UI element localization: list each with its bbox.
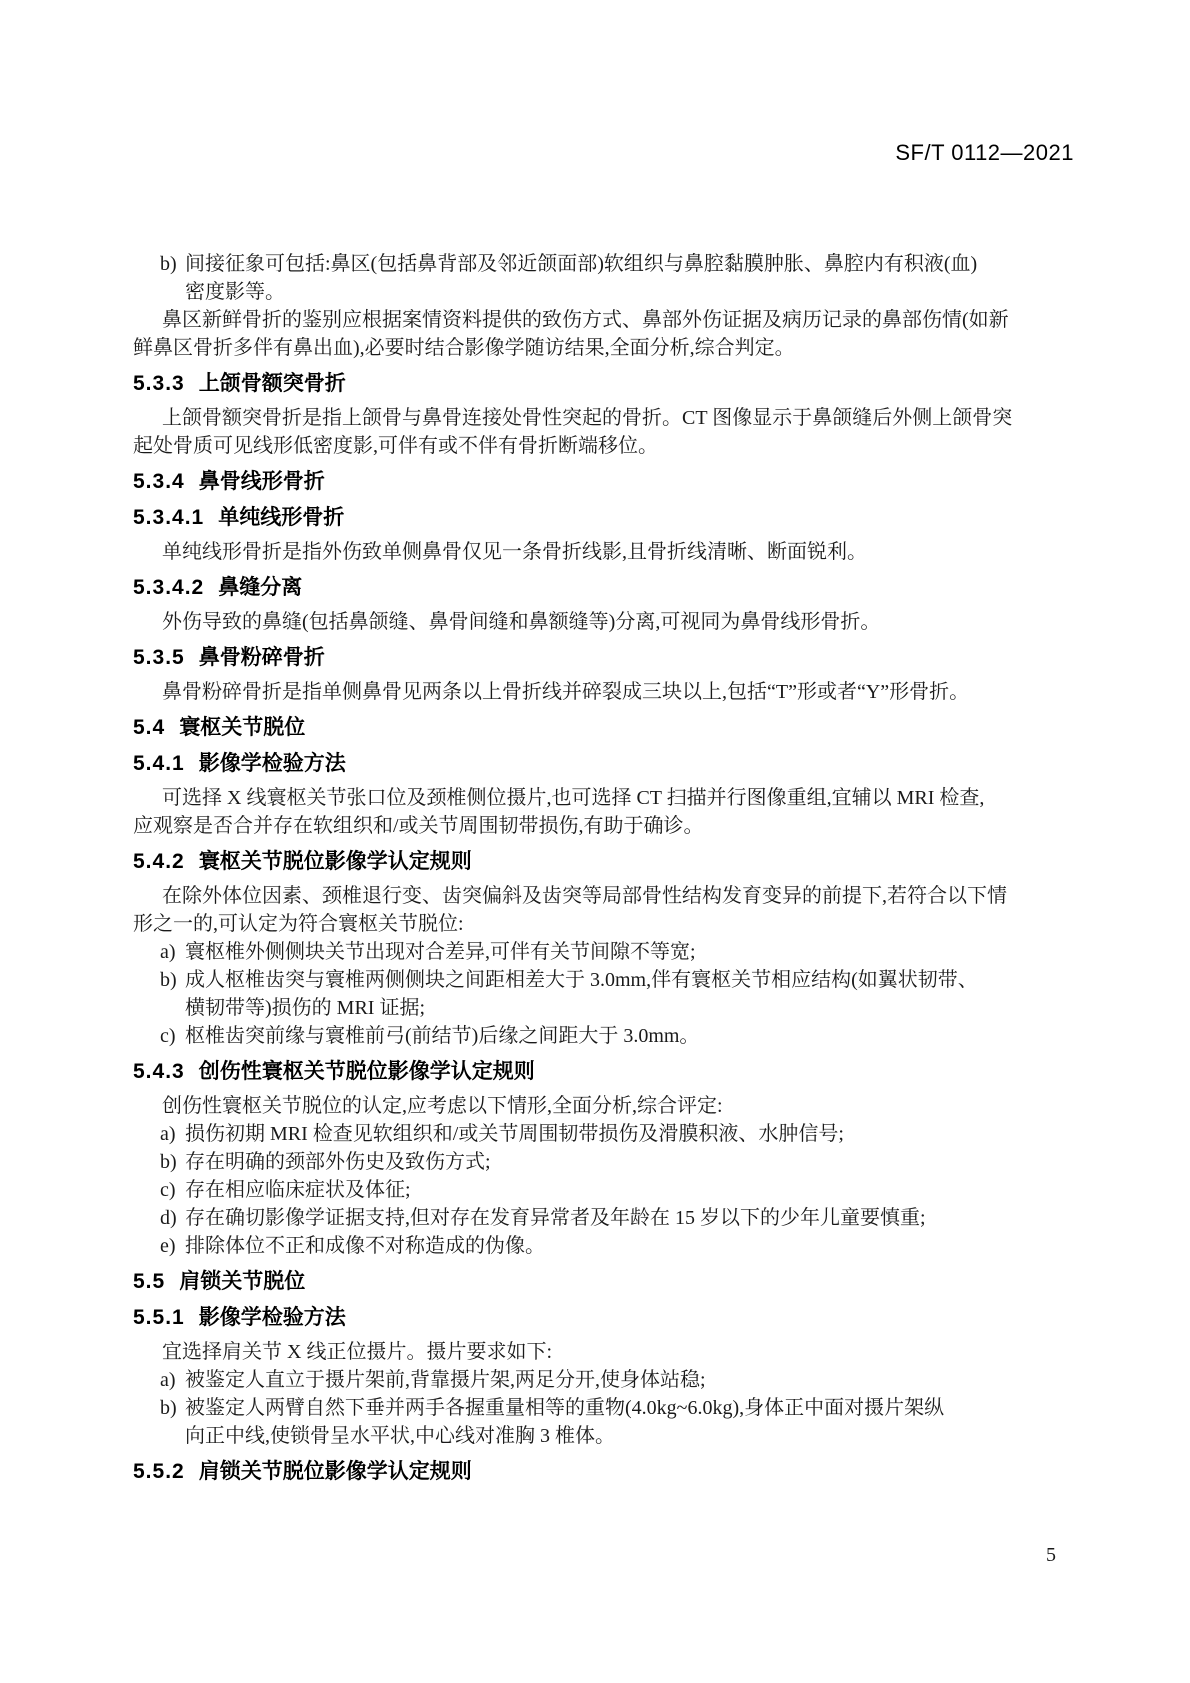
paragraph: 创伤性寰枢关节脱位的认定,应考虑以下情形,全面分析,综合评定: bbox=[133, 1092, 1073, 1120]
section-number: 5.4 bbox=[133, 716, 165, 739]
list-marker: b) bbox=[160, 1394, 177, 1422]
section-heading: 5.3.4鼻骨线形骨折 bbox=[133, 468, 1073, 496]
section-heading: 5.3.3上颌骨额突骨折 bbox=[133, 370, 1073, 398]
section-title: 鼻骨粉碎骨折 bbox=[199, 646, 325, 669]
paragraph: 可选择 X 线寰枢关节张口位及颈椎侧位摄片,也可选择 CT 扫描并行图像重组,宜… bbox=[133, 784, 1073, 840]
section-number: 5.4.3 bbox=[133, 1060, 185, 1083]
list-marker: a) bbox=[160, 938, 176, 966]
text-line: 被鉴定人直立于摄片架前,背靠摄片架,两足分开,使身体站稳; bbox=[185, 1366, 1073, 1394]
text-line: 密度影等。 bbox=[185, 278, 1073, 306]
text-line: 存在相应临床症状及体征; bbox=[185, 1176, 1073, 1204]
list-marker: a) bbox=[160, 1366, 176, 1394]
section-title: 创伤性寰枢关节脱位影像学认定规则 bbox=[199, 1060, 535, 1083]
doc-content: b)间接征象可包括:鼻区(包括鼻背部及邻近颌面部)软组织与鼻腔黏膜肿胀、鼻腔内有… bbox=[133, 250, 1073, 1492]
list-item: b)被鉴定人两臂自然下垂并两手各握重量相等的重物(4.0kg~6.0kg),身体… bbox=[133, 1394, 1073, 1450]
section-title: 寰枢关节脱位 bbox=[179, 716, 305, 739]
paragraph: 在除外体位因素、颈椎退行变、齿突偏斜及齿突等局部骨性结构发育变异的前提下,若符合… bbox=[133, 882, 1073, 938]
list-item: e)排除体位不正和成像不对称造成的伪像。 bbox=[133, 1232, 1073, 1260]
section-number: 5.5.1 bbox=[133, 1306, 185, 1329]
section-heading: 5.4.3创伤性寰枢关节脱位影像学认定规则 bbox=[133, 1058, 1073, 1086]
section-heading: 5.3.4.2鼻缝分离 bbox=[133, 574, 1073, 602]
section-heading: 5.4寰枢关节脱位 bbox=[133, 714, 1073, 742]
section-number: 5.5.2 bbox=[133, 1460, 185, 1483]
list-item: c)枢椎齿突前缘与寰椎前弓(前结节)后缘之间距大于 3.0mm。 bbox=[133, 1022, 1073, 1050]
list-marker: b) bbox=[160, 250, 177, 278]
section-heading: 5.5肩锁关节脱位 bbox=[133, 1268, 1073, 1296]
list-item: a)损伤初期 MRI 检查见软组织和/或关节周围韧带损伤及滑膜积液、水肿信号; bbox=[133, 1120, 1073, 1148]
list-marker: a) bbox=[160, 1120, 176, 1148]
paragraph: 宜选择肩关节 X 线正位摄片。摄片要求如下: bbox=[133, 1338, 1073, 1366]
list-item: b)成人枢椎齿突与寰椎两侧侧块之间距相差大于 3.0mm,伴有寰枢关节相应结构(… bbox=[133, 966, 1073, 1022]
document-page: SF/T 0112—2021 b)间接征象可包括:鼻区(包括鼻背部及邻近颌面部)… bbox=[0, 0, 1190, 1683]
list-item: b)存在明确的颈部外伤史及致伤方式; bbox=[133, 1148, 1073, 1176]
text-line: 成人枢椎齿突与寰椎两侧侧块之间距相差大于 3.0mm,伴有寰枢关节相应结构(如翼… bbox=[185, 966, 1073, 994]
list-marker: b) bbox=[160, 966, 177, 994]
text-line: 枢椎齿突前缘与寰椎前弓(前结节)后缘之间距大于 3.0mm。 bbox=[185, 1022, 1073, 1050]
text-line: 可选择 X 线寰枢关节张口位及颈椎侧位摄片,也可选择 CT 扫描并行图像重组,宜… bbox=[133, 784, 1073, 812]
section-title: 鼻骨线形骨折 bbox=[199, 470, 325, 493]
section-title: 肩锁关节脱位 bbox=[179, 1270, 305, 1293]
section-number: 5.3.4 bbox=[133, 470, 185, 493]
section-title: 肩锁关节脱位影像学认定规则 bbox=[199, 1460, 472, 1483]
text-line: 外伤导致的鼻缝(包括鼻颌缝、鼻骨间缝和鼻额缝等)分离,可视同为鼻骨线形骨折。 bbox=[133, 608, 1073, 636]
paragraph: 鼻骨粉碎骨折是指单侧鼻骨见两条以上骨折线并碎裂成三块以上,包括“T”形或者“Y”… bbox=[133, 678, 1073, 706]
text-line: 横韧带等)损伤的 MRI 证据; bbox=[185, 994, 1073, 1022]
list-marker: c) bbox=[160, 1022, 176, 1050]
section-heading: 5.3.5鼻骨粉碎骨折 bbox=[133, 644, 1073, 672]
text-line: 存在明确的颈部外伤史及致伤方式; bbox=[185, 1148, 1073, 1176]
text-line: 寰枢椎外侧侧块关节出现对合差异,可伴有关节间隙不等宽; bbox=[185, 938, 1073, 966]
section-number: 5.3.5 bbox=[133, 646, 185, 669]
section-title: 影像学检验方法 bbox=[199, 1306, 346, 1329]
section-title: 上颌骨额突骨折 bbox=[199, 372, 346, 395]
text-line: 鼻区新鲜骨折的鉴别应根据案情资料提供的致伤方式、鼻部外伤证据及病历记录的鼻部伤情… bbox=[133, 306, 1073, 334]
text-line: 单纯线形骨折是指外伤致单侧鼻骨仅见一条骨折线影,且骨折线清晰、断面锐利。 bbox=[133, 538, 1073, 566]
text-line: 向正中线,使锁骨呈水平状,中心线对准胸 3 椎体。 bbox=[185, 1422, 1073, 1450]
section-title: 寰枢关节脱位影像学认定规则 bbox=[199, 850, 472, 873]
list-marker: e) bbox=[160, 1232, 176, 1260]
section-heading: 5.4.2寰枢关节脱位影像学认定规则 bbox=[133, 848, 1073, 876]
page-number: 5 bbox=[1046, 1544, 1056, 1567]
section-title: 影像学检验方法 bbox=[199, 752, 346, 775]
section-number: 5.5 bbox=[133, 1270, 165, 1293]
section-number: 5.3.4.1 bbox=[133, 506, 204, 529]
section-number: 5.4.2 bbox=[133, 850, 185, 873]
text-line: 间接征象可包括:鼻区(包括鼻背部及邻近颌面部)软组织与鼻腔黏膜肿胀、鼻腔内有积液… bbox=[185, 250, 1073, 278]
list-item: a)寰枢椎外侧侧块关节出现对合差异,可伴有关节间隙不等宽; bbox=[133, 938, 1073, 966]
paragraph: 上颌骨额突骨折是指上颌骨与鼻骨连接处骨性突起的骨折。CT 图像显示于鼻颌缝后外侧… bbox=[133, 404, 1073, 460]
text-line: 损伤初期 MRI 检查见软组织和/或关节周围韧带损伤及滑膜积液、水肿信号; bbox=[185, 1120, 1073, 1148]
list-marker: b) bbox=[160, 1148, 177, 1176]
text-line: 存在确切影像学证据支持,但对存在发育异常者及年龄在 15 岁以下的少年儿童要慎重… bbox=[185, 1204, 1073, 1232]
text-line: 鼻骨粉碎骨折是指单侧鼻骨见两条以上骨折线并碎裂成三块以上,包括“T”形或者“Y”… bbox=[133, 678, 1073, 706]
text-line: 鲜鼻区骨折多伴有鼻出血),必要时结合影像学随访结果,全面分析,综合判定。 bbox=[133, 334, 1073, 362]
paragraph: 外伤导致的鼻缝(包括鼻颌缝、鼻骨间缝和鼻额缝等)分离,可视同为鼻骨线形骨折。 bbox=[133, 608, 1073, 636]
text-line: 上颌骨额突骨折是指上颌骨与鼻骨连接处骨性突起的骨折。CT 图像显示于鼻颌缝后外侧… bbox=[133, 404, 1073, 432]
list-item: a)被鉴定人直立于摄片架前,背靠摄片架,两足分开,使身体站稳; bbox=[133, 1366, 1073, 1394]
list-marker: d) bbox=[160, 1204, 177, 1232]
section-number: 5.3.4.2 bbox=[133, 576, 204, 599]
section-heading: 5.5.1影像学检验方法 bbox=[133, 1304, 1073, 1332]
text-line: 创伤性寰枢关节脱位的认定,应考虑以下情形,全面分析,综合评定: bbox=[133, 1092, 1073, 1120]
paragraph: 鼻区新鲜骨折的鉴别应根据案情资料提供的致伤方式、鼻部外伤证据及病历记录的鼻部伤情… bbox=[133, 306, 1073, 362]
text-line: 宜选择肩关节 X 线正位摄片。摄片要求如下: bbox=[133, 1338, 1073, 1366]
list-item: b)间接征象可包括:鼻区(包括鼻背部及邻近颌面部)软组织与鼻腔黏膜肿胀、鼻腔内有… bbox=[133, 250, 1073, 306]
list-marker: c) bbox=[160, 1176, 176, 1204]
text-line: 形之一的,可认定为符合寰枢关节脱位: bbox=[133, 910, 1073, 938]
section-title: 鼻缝分离 bbox=[218, 576, 302, 599]
list-item: d)存在确切影像学证据支持,但对存在发育异常者及年龄在 15 岁以下的少年儿童要… bbox=[133, 1204, 1073, 1232]
doc-number: SF/T 0112—2021 bbox=[895, 140, 1074, 166]
section-number: 5.3.3 bbox=[133, 372, 185, 395]
text-line: 排除体位不正和成像不对称造成的伪像。 bbox=[185, 1232, 1073, 1260]
section-number: 5.4.1 bbox=[133, 752, 185, 775]
section-heading: 5.5.2肩锁关节脱位影像学认定规则 bbox=[133, 1458, 1073, 1486]
section-heading: 5.4.1影像学检验方法 bbox=[133, 750, 1073, 778]
list-item: c)存在相应临床症状及体征; bbox=[133, 1176, 1073, 1204]
section-heading: 5.3.4.1单纯线形骨折 bbox=[133, 504, 1073, 532]
text-line: 被鉴定人两臂自然下垂并两手各握重量相等的重物(4.0kg~6.0kg),身体正中… bbox=[185, 1394, 1073, 1422]
text-line: 应观察是否合并存在软组织和/或关节周围韧带损伤,有助于确诊。 bbox=[133, 812, 1073, 840]
text-line: 起处骨质可见线形低密度影,可伴有或不伴有骨折断端移位。 bbox=[133, 432, 1073, 460]
paragraph: 单纯线形骨折是指外伤致单侧鼻骨仅见一条骨折线影,且骨折线清晰、断面锐利。 bbox=[133, 538, 1073, 566]
text-line: 在除外体位因素、颈椎退行变、齿突偏斜及齿突等局部骨性结构发育变异的前提下,若符合… bbox=[133, 882, 1073, 910]
section-title: 单纯线形骨折 bbox=[218, 506, 344, 529]
